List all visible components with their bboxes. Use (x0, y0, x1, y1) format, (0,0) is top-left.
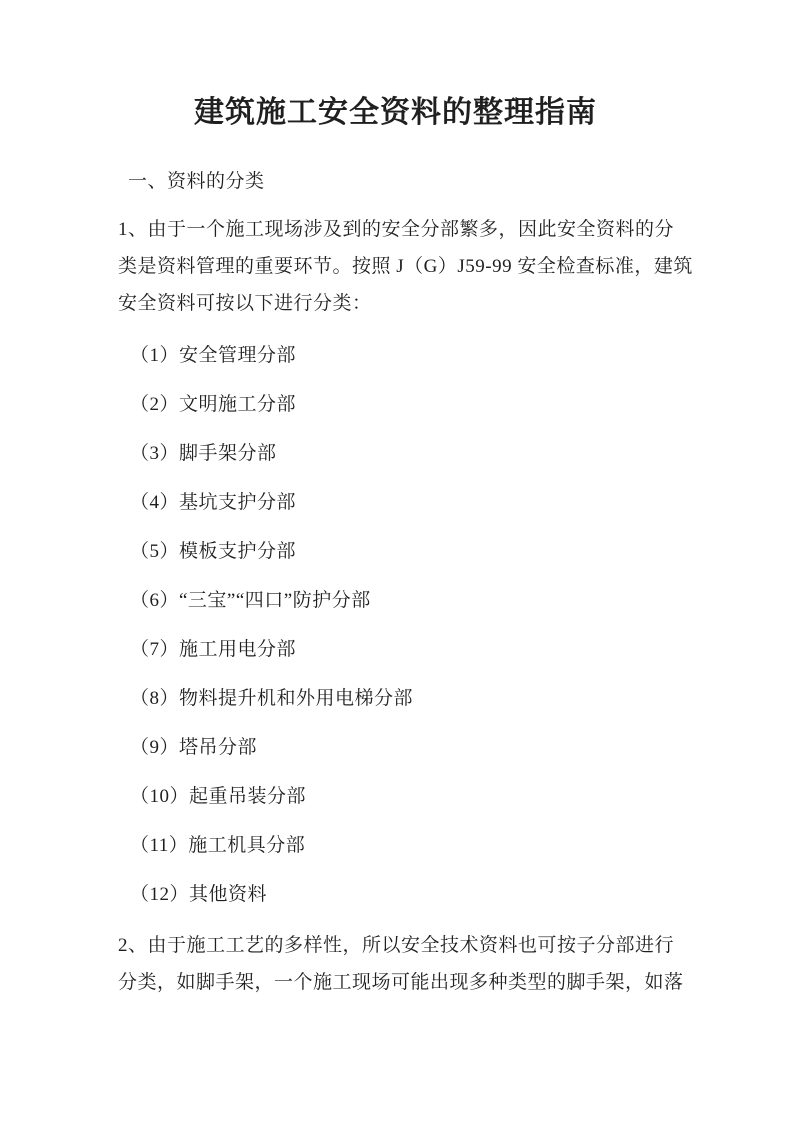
list-item: （5）模板支护分部 (130, 539, 673, 564)
list-item: （2）文明施工分部 (130, 392, 673, 417)
paragraph-1-line-1: 1、由于一个施工现场涉及到的安全分部繁多，因此安全资料的分 (118, 211, 673, 248)
paragraph-2: 2、由于施工工艺的多样性，所以安全技术资料也可按子分部进行 分类，如脚手架，一个… (118, 927, 673, 1001)
list-item: （6）“三宝”“四口”防护分部 (130, 588, 673, 613)
classification-list: （1）安全管理分部 （2）文明施工分部 （3）脚手架分部 （4）基坑支护分部 （… (130, 343, 673, 907)
list-item: （4）基坑支护分部 (130, 490, 673, 515)
list-item: （3）脚手架分部 (130, 441, 673, 466)
section-heading: 一、资料的分类 (128, 170, 673, 194)
list-item: （11）施工机具分部 (130, 833, 673, 858)
paragraph-1-line-2: 类是资料管理的重要环节。按照 J（G）J59-99 安全检查标准，建筑 (118, 248, 673, 285)
list-item: （1）安全管理分部 (130, 343, 673, 368)
list-item: （12）其他资料 (130, 882, 673, 907)
list-item: （9）塔吊分部 (130, 735, 673, 760)
paragraph-1: 1、由于一个施工现场涉及到的安全分部繁多，因此安全资料的分 类是资料管理的重要环… (118, 211, 673, 322)
document-title: 建筑施工安全资料的整理指南 (118, 92, 673, 134)
paragraph-2-line-2: 分类，如脚手架，一个施工现场可能出现多种类型的脚手架，如落 (118, 964, 673, 1001)
list-item: （8）物料提升机和外用电梯分部 (130, 686, 673, 711)
paragraph-1-line-3: 安全资料可按以下进行分类： (118, 285, 673, 322)
list-item: （7）施工用电分部 (130, 637, 673, 662)
document-body: { "page": { "background": "#ffffff", "te… (0, 0, 793, 1122)
list-item: （10）起重吊装分部 (130, 784, 673, 809)
document-page: 建筑施工安全资料的整理指南 一、资料的分类 1、由于一个施工现场涉及到的安全分部… (0, 0, 793, 1122)
paragraph-2-line-1: 2、由于施工工艺的多样性，所以安全技术资料也可按子分部进行 (118, 927, 673, 964)
